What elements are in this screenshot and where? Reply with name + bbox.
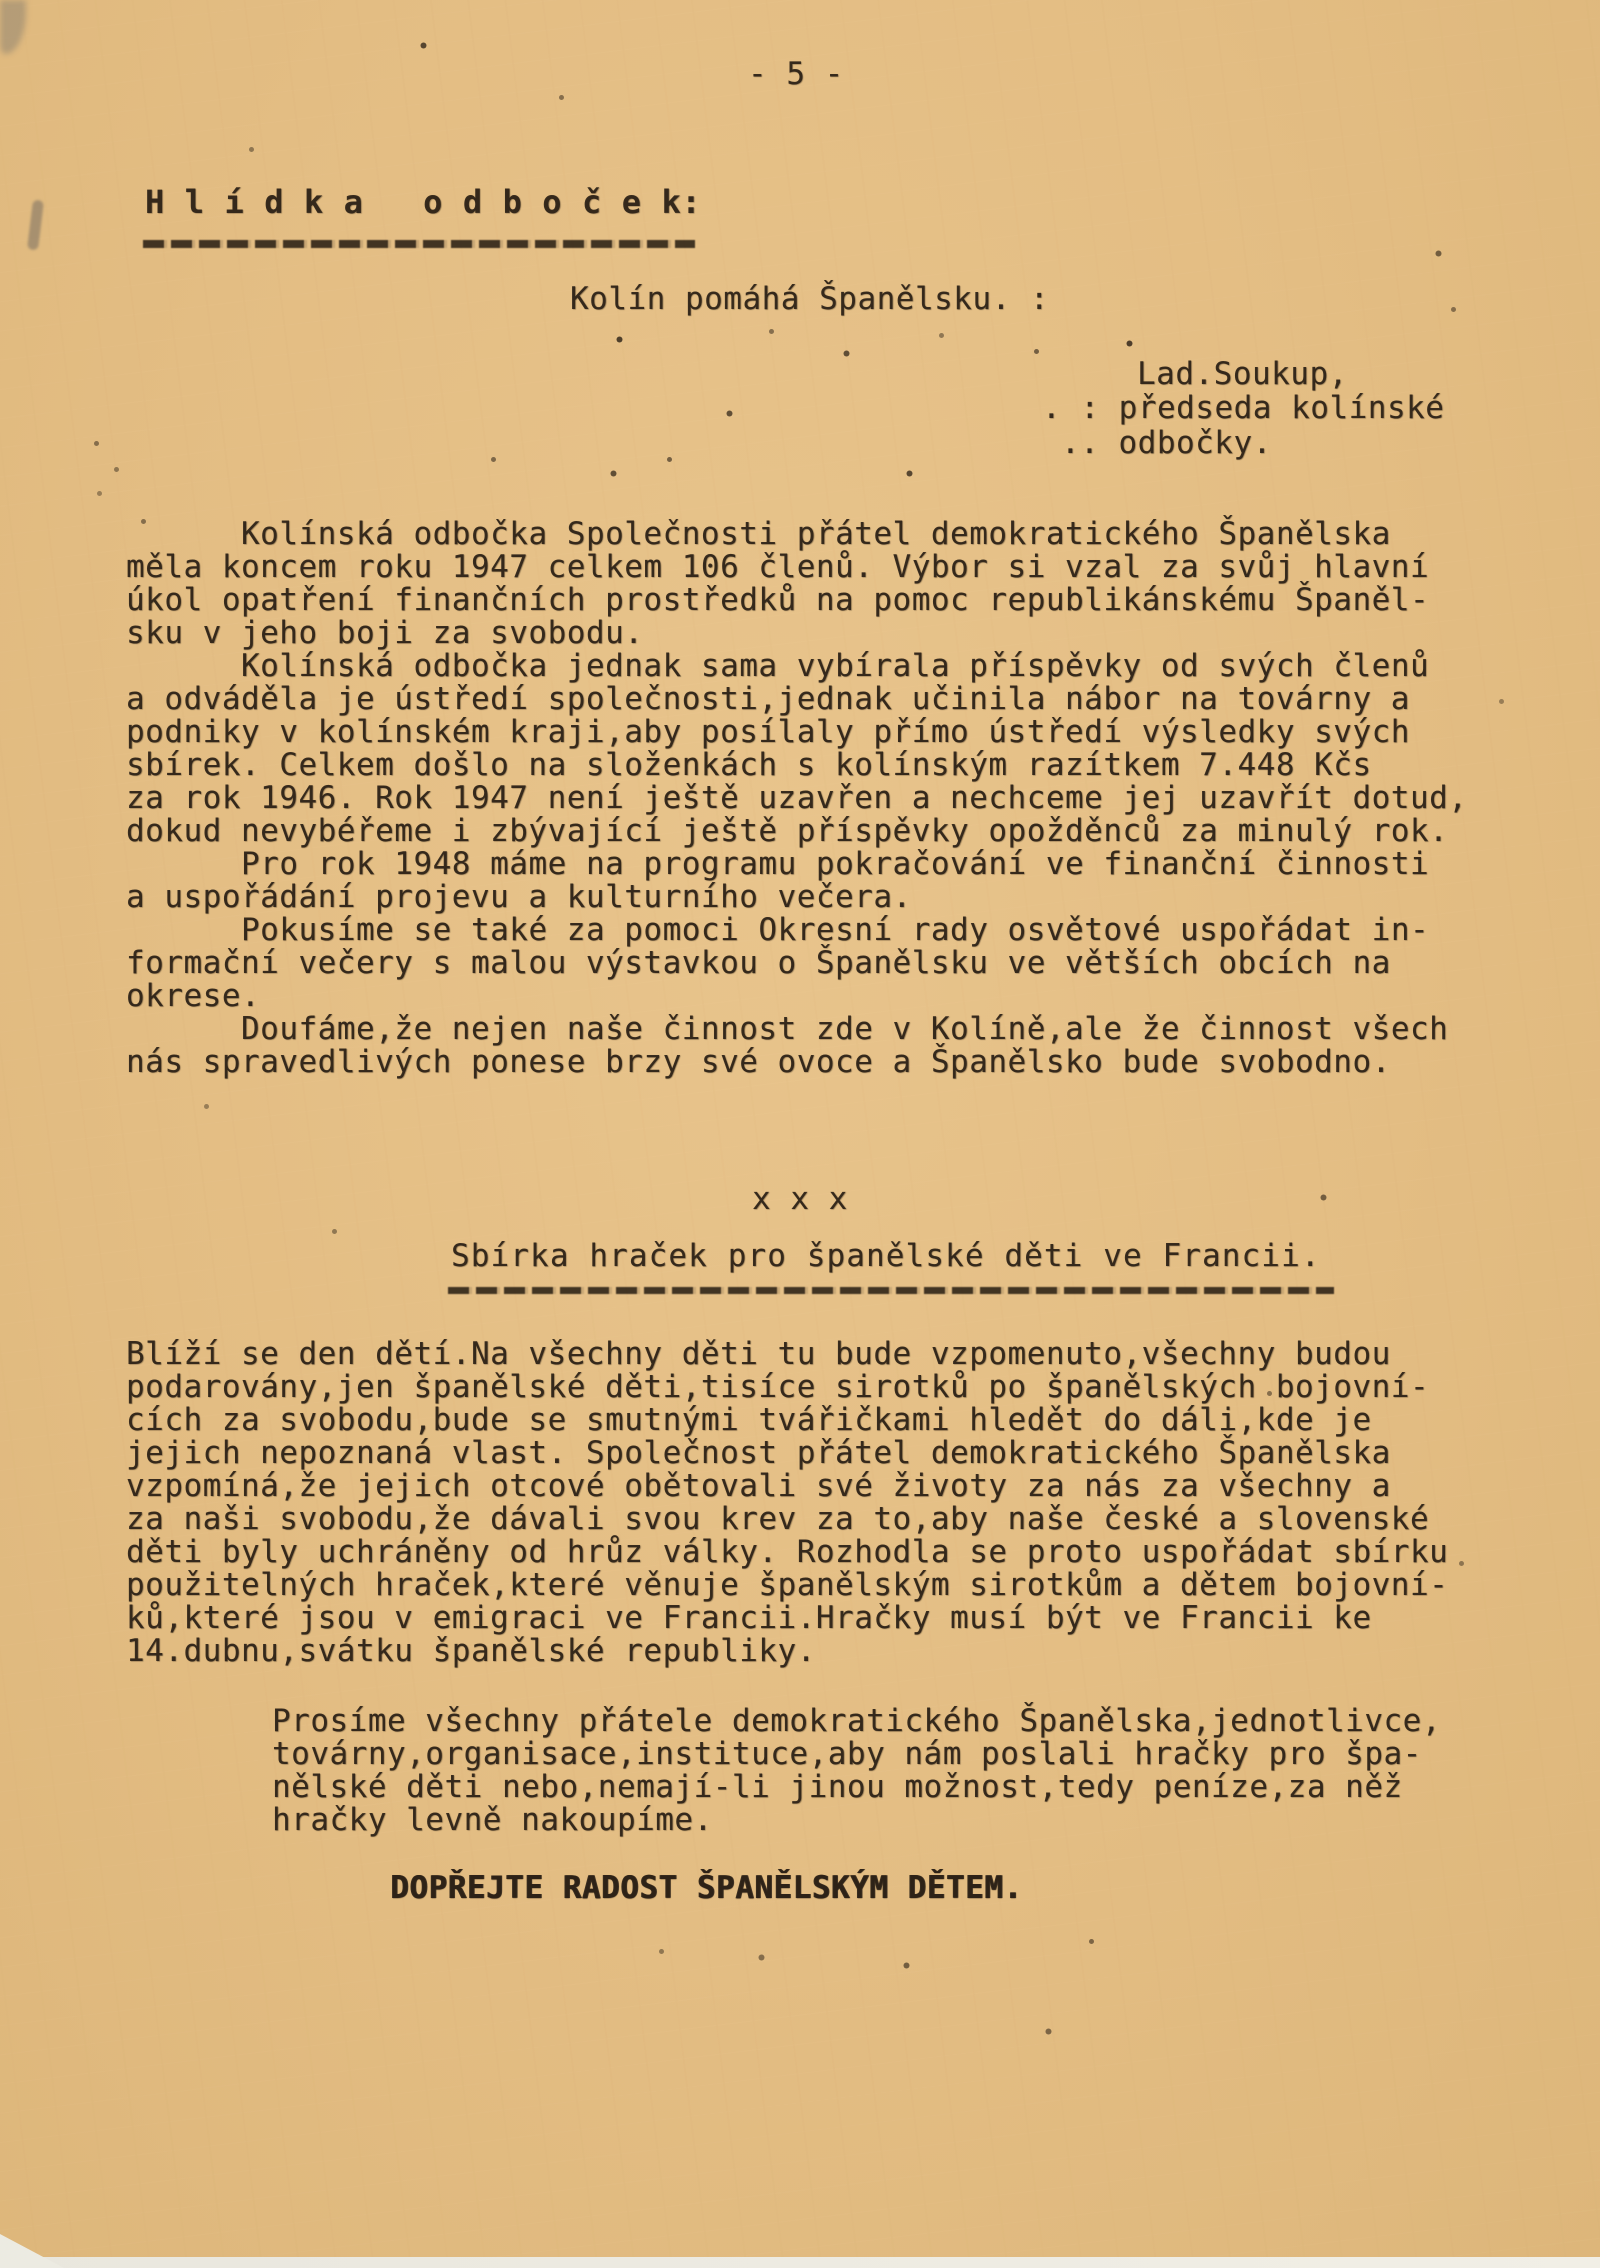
text-line: sbírek. Celkem došlo na složenkách s kol… <box>126 749 1546 782</box>
rubric-underline <box>143 240 695 248</box>
text-line: nás spravedlivých ponese brzy své ovoce … <box>126 1046 1546 1079</box>
text-line: Doufáme,že nejen naše činnost zde v Kolí… <box>126 1013 1546 1046</box>
rubric-title: H l í d k a o d b o č e k: <box>145 186 701 219</box>
article1-title: Kolín pomáhá Španělsku. : <box>570 283 1049 316</box>
text-line: použitelných hraček,které věnuje španěls… <box>126 1569 1546 1602</box>
text-line: 14.dubnu,svátku španělské republiky. <box>126 1635 1546 1668</box>
text-line: Prosíme všechny přátele demokratického Š… <box>272 1705 1552 1738</box>
text-line: ků,které jsou v emigraci ve Francii.Hrač… <box>126 1602 1546 1635</box>
scanned-document: - 5 - H l í d k a o d b o č e k: Kolín p… <box>0 0 1600 2268</box>
text-line: podniky v kolínském kraji,aby posílaly p… <box>126 716 1546 749</box>
signature-role-line2: .. odbočky. <box>1061 427 1272 460</box>
article1-body: Kolínská odbočka Společnosti přátel demo… <box>126 518 1546 1079</box>
text-line: vzpomíná,že jejich otcové obětovali své … <box>126 1470 1546 1503</box>
page-number: - 5 - <box>748 58 844 91</box>
signature-role-line1: . : předseda kolínské <box>1042 392 1444 425</box>
text-line: hračky levně nakoupíme. <box>272 1804 1552 1837</box>
text-line: a uspořádání projevu a kulturního večera… <box>126 881 1546 914</box>
text-line: cích za svobodu,bude se smutnými tvářičk… <box>126 1404 1546 1437</box>
text-line: děti byly uchráněny od hrůz války. Rozho… <box>126 1536 1546 1569</box>
paper-texture <box>0 0 1600 2268</box>
text-line: podarovány,jen španělské děti,tisíce sir… <box>126 1371 1546 1404</box>
text-line: měla koncem roku 1947 celkem 106 členů. … <box>126 551 1546 584</box>
text-line: továrny,organisace,instituce,aby nám pos… <box>272 1738 1552 1771</box>
article2-body: Blíží se den dětí.Na všechny děti tu bud… <box>126 1338 1546 1668</box>
closing-slogan: DOPŘEJTE RADOST ŠPANĚLSKÝM DĚTEM. <box>390 1872 1022 1905</box>
article2-appeal: Prosíme všechny přátele demokratického Š… <box>272 1705 1552 1837</box>
text-line: sku v jeho boji za svobodu. <box>126 617 1546 650</box>
text-line: Kolínská odbočka Společnosti přátel demo… <box>126 518 1546 551</box>
signature-name: Lad.Soukup, <box>1137 358 1348 391</box>
text-line: Pokusíme se také za pomoci Okresní rady … <box>126 914 1546 947</box>
section-divider: x x x <box>752 1183 848 1216</box>
article2-title: Sbírka hraček pro španělské děti ve Fran… <box>451 1240 1321 1273</box>
text-line: dokud nevybéřeme i zbývající ještě přísp… <box>126 815 1546 848</box>
text-line: za rok 1946. Rok 1947 není ještě uzavřen… <box>126 782 1546 815</box>
text-line: za naši svobodu,že dávali svou krev za t… <box>126 1503 1546 1536</box>
text-line: jejich nepoznaná vlast. Společnost přáte… <box>126 1437 1546 1470</box>
article2-underline <box>448 1287 1334 1294</box>
text-line: Pro rok 1948 máme na programu pokračován… <box>126 848 1546 881</box>
text-line: Blíží se den dětí.Na všechny děti tu bud… <box>126 1338 1546 1371</box>
text-line: Kolínská odbočka jednak sama vybírala př… <box>126 650 1546 683</box>
text-line: okrese. <box>126 980 1546 1013</box>
text-line: a odváděla je ústředí společnosti,jednak… <box>126 683 1546 716</box>
text-line: formační večery s malou výstavkou o Špan… <box>126 947 1546 980</box>
scan-edge-bottom <box>0 2257 1600 2268</box>
text-line: úkol opatření finančních prostředků na p… <box>126 584 1546 617</box>
text-line: nělské děti nebo,nemají-li jinou možnost… <box>272 1771 1552 1804</box>
